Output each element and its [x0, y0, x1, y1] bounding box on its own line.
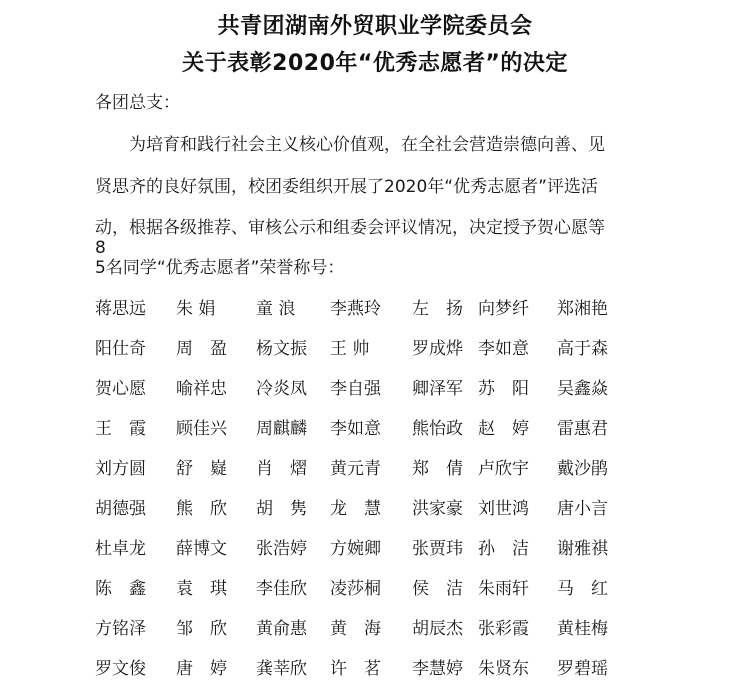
body-line-1: 为培育和践行社会主义核心价值观，在全社会营造崇德向善、见	[95, 130, 615, 155]
honoree-name: 薛博文	[176, 534, 227, 559]
honoree-name: 唐 婷	[176, 654, 227, 679]
honoree-name: 邹 欣	[176, 614, 227, 639]
honoree-name: 童 浪	[256, 294, 295, 319]
honoree-name: 雷惠君	[557, 414, 608, 439]
honoree-name: 肖 熠	[256, 454, 307, 479]
honoree-name: 贺心愿	[95, 374, 146, 399]
honoree-name: 阳仕奇	[95, 334, 146, 359]
honoree-name: 侯 洁	[412, 574, 463, 599]
honoree-name: 李如意	[478, 334, 529, 359]
honoree-name: 舒 嶷	[176, 454, 227, 479]
honoree-name: 高于森	[557, 334, 608, 359]
honoree-name: 卢欣宇	[478, 454, 529, 479]
honoree-name: 郑 倩	[412, 454, 463, 479]
honoree-name: 黄元青	[330, 454, 381, 479]
salutation: 各团总支：	[95, 88, 180, 113]
honoree-name: 李自强	[330, 374, 381, 399]
honoree-name: 熊怡政	[412, 414, 463, 439]
honoree-name: 黄俞惠	[256, 614, 307, 639]
honoree-name: 黄 海	[330, 614, 381, 639]
honoree-name: 李佳欣	[256, 574, 307, 599]
honoree-name: 熊 欣	[176, 494, 227, 519]
honoree-name: 周 盈	[176, 334, 227, 359]
honoree-name: 戴沙鹃	[557, 454, 608, 479]
honoree-name: 马 红	[557, 574, 608, 599]
honoree-name: 陈 鑫	[95, 574, 146, 599]
honoree-name: 袁 琪	[176, 574, 227, 599]
honoree-name: 谢雅祺	[557, 534, 608, 559]
honoree-name: 蒋思远	[95, 294, 146, 319]
honoree-name: 罗文俊	[95, 654, 146, 679]
honoree-name: 朱雨轩	[478, 574, 529, 599]
honoree-name: 杨文振	[256, 334, 307, 359]
honoree-name: 王 霞	[95, 414, 146, 439]
honoree-name: 凌莎桐	[330, 574, 381, 599]
honoree-name: 张彩霞	[478, 614, 529, 639]
honoree-name: 左 扬	[412, 294, 463, 319]
honoree-name: 胡辰杰	[412, 614, 463, 639]
honoree-name: 胡德强	[95, 494, 146, 519]
honoree-name: 李燕玲	[330, 294, 381, 319]
honoree-name: 朱贤东	[478, 654, 529, 679]
honoree-name: 刘世鸿	[478, 494, 529, 519]
honoree-name: 张贾玮	[412, 534, 463, 559]
honoree-name: 方铭泽	[95, 614, 146, 639]
honoree-name: 李如意	[330, 414, 381, 439]
honoree-name: 冷炎凤	[256, 374, 307, 399]
honoree-name: 洪家豪	[412, 494, 463, 519]
honoree-name: 苏 阳	[478, 374, 529, 399]
honoree-name: 张浩婷	[256, 534, 307, 559]
document-title-org: 共青团湖南外贸职业学院委员会	[0, 9, 750, 40]
body-line-3: 动，根据各级推荐、审核公示和组委会评议情况，决定授予贺心愿等8	[95, 213, 615, 258]
document-title-subject: 关于表彰2020年“优秀志愿者”的决定	[0, 46, 750, 77]
honoree-name: 卿泽军	[412, 374, 463, 399]
honoree-name: 李慧婷	[412, 654, 463, 679]
honoree-name: 方婉卿	[330, 534, 381, 559]
honoree-name: 顾佳兴	[176, 414, 227, 439]
honoree-name: 胡 隽	[256, 494, 307, 519]
honoree-name: 唐小言	[557, 494, 608, 519]
honoree-name: 孙 洁	[478, 534, 529, 559]
body-line-2: 贤思齐的良好氛围，校团委组织开展了2020年“优秀志愿者”评选活	[95, 172, 615, 197]
honoree-name: 喻祥忠	[176, 374, 227, 399]
honoree-name: 杜卓龙	[95, 534, 146, 559]
honoree-name: 周麒麟	[256, 414, 307, 439]
honoree-name: 王 帅	[330, 334, 369, 359]
honoree-name: 罗碧瑶	[557, 654, 608, 679]
honoree-name: 赵 婷	[478, 414, 529, 439]
honoree-name: 刘方圆	[95, 454, 146, 479]
honoree-name: 龙 慧	[330, 494, 381, 519]
honoree-name: 朱 娟	[176, 294, 215, 319]
honoree-name: 许 茗	[330, 654, 381, 679]
honoree-name: 龚莘欣	[256, 654, 307, 679]
honoree-name: 向梦纤	[478, 294, 529, 319]
body-line-4: 5名同学“优秀志愿者”荣誉称号：	[95, 253, 615, 278]
honoree-name: 郑湘艳	[557, 294, 608, 319]
honoree-name: 罗成烨	[412, 334, 463, 359]
honoree-name: 黄桂梅	[557, 614, 608, 639]
honoree-name: 吴鑫焱	[557, 374, 608, 399]
